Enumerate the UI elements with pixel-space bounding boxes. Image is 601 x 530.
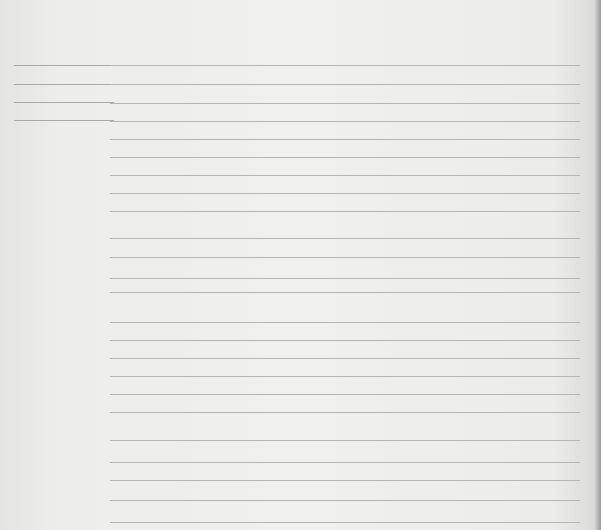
- page-edge: [595, 0, 601, 530]
- margin-rule: [14, 65, 114, 66]
- register-page: [0, 0, 601, 530]
- margin-rule: [14, 84, 114, 85]
- margin-rule: [14, 102, 114, 103]
- margin-rule: [14, 120, 114, 121]
